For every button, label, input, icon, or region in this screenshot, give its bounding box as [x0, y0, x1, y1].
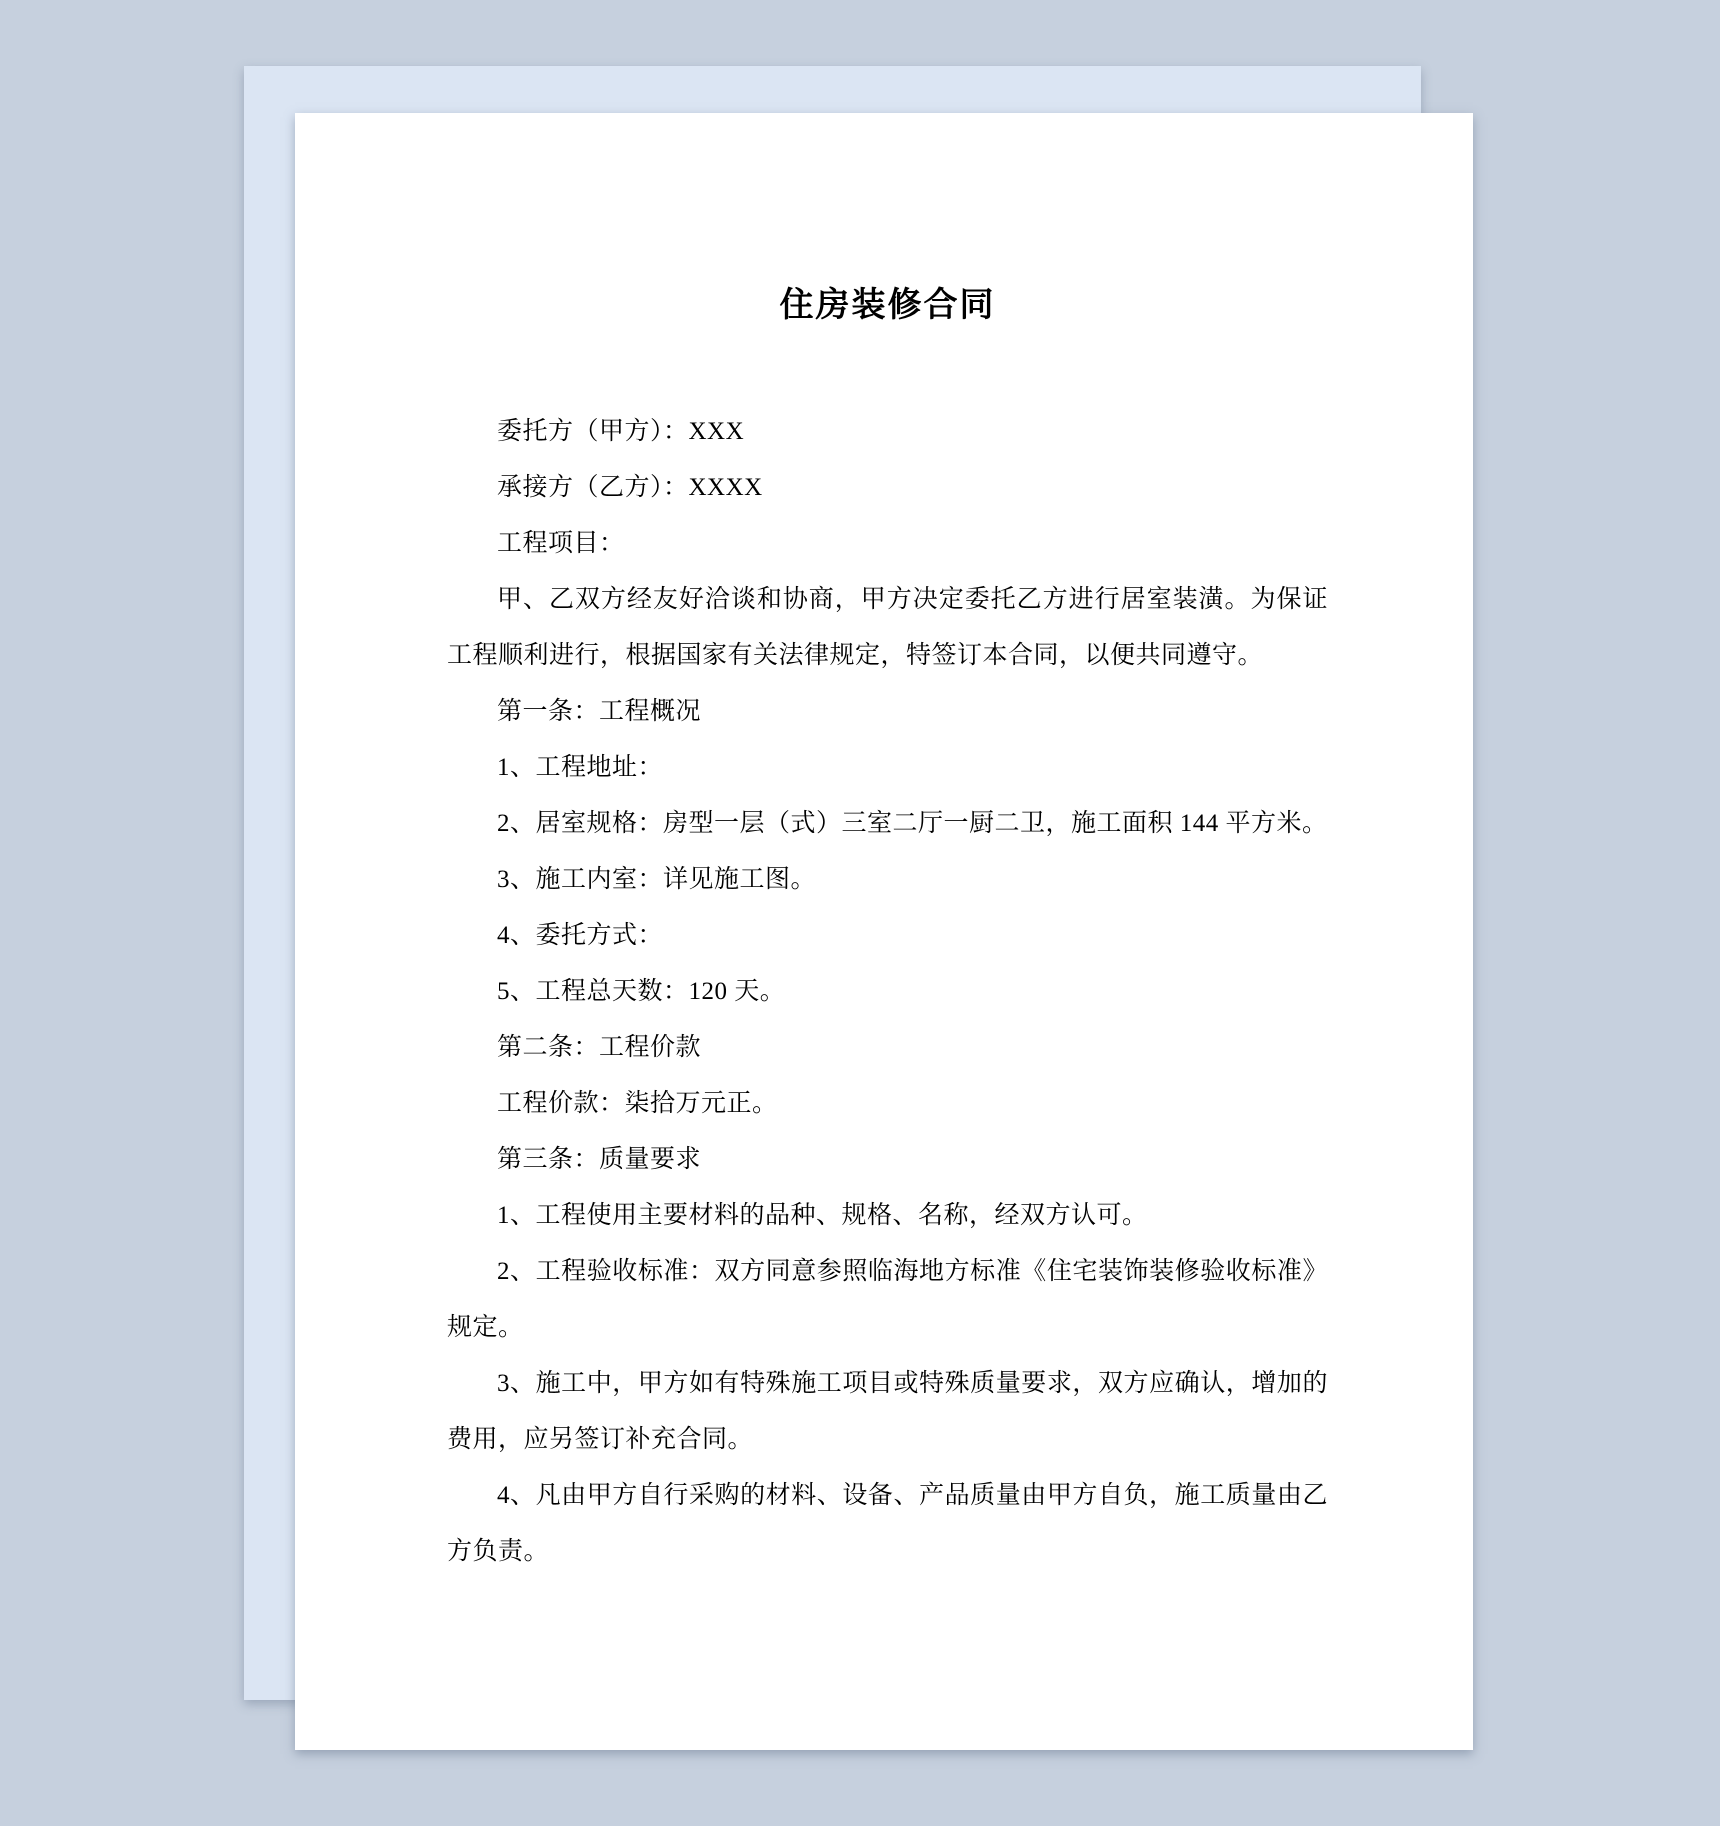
desktop-background: 住房装修合同 委托方（甲方）：XXX 承接方（乙方）：XXXX 工程项目： 甲、…: [0, 0, 1720, 1826]
document-body: 委托方（甲方）：XXX 承接方（乙方）：XXXX 工程项目： 甲、乙双方经友好洽…: [447, 404, 1328, 1580]
item-total-days: 5、工程总天数：120 天。: [447, 964, 1328, 1020]
para-intro: 甲、乙双方经友好洽谈和协商，甲方决定委托乙方进行居室装潢。为保证工程顺利进行，根…: [447, 572, 1328, 684]
item-construction-scope: 3、施工内室：详见施工图。: [447, 852, 1328, 908]
line-party-a: 委托方（甲方）：XXX: [447, 404, 1328, 460]
line-project-item: 工程项目：: [447, 516, 1328, 572]
item-materials-approval: 1、工程使用主要材料的品种、规格、名称，经双方认可。: [447, 1188, 1328, 1244]
item-entrust-method: 4、委托方式：: [447, 908, 1328, 964]
item-acceptance-standard: 2、工程验收标准：双方同意参照临海地方标准《住宅装饰装修验收标准》规定。: [447, 1244, 1328, 1356]
heading-article-3: 第三条：质量要求: [447, 1132, 1328, 1188]
line-project-price: 工程价款：柒拾万元正。: [447, 1076, 1328, 1132]
page-content: 住房装修合同 委托方（甲方）：XXX 承接方（乙方）：XXXX 工程项目： 甲、…: [295, 283, 1473, 1580]
heading-article-2: 第二条：工程价款: [447, 1020, 1328, 1076]
line-party-b: 承接方（乙方）：XXXX: [447, 460, 1328, 516]
item-owner-procured: 4、凡由甲方自行采购的材料、设备、产品质量由甲方自负，施工质量由乙方负责。: [447, 1468, 1328, 1580]
contract-page: 住房装修合同 委托方（甲方）：XXX 承接方（乙方）：XXXX 工程项目： 甲、…: [295, 113, 1473, 1750]
document-title: 住房装修合同: [447, 283, 1328, 327]
item-room-spec: 2、居室规格：房型一层（式）三室二厅一厨二卫，施工面积 144 平方米。: [447, 796, 1328, 852]
item-special-requirements: 3、施工中，甲方如有特殊施工项目或特殊质量要求，双方应确认，增加的费用，应另签订…: [447, 1356, 1328, 1468]
item-project-address: 1、工程地址：: [447, 740, 1328, 796]
heading-article-1: 第一条：工程概况: [447, 684, 1328, 740]
